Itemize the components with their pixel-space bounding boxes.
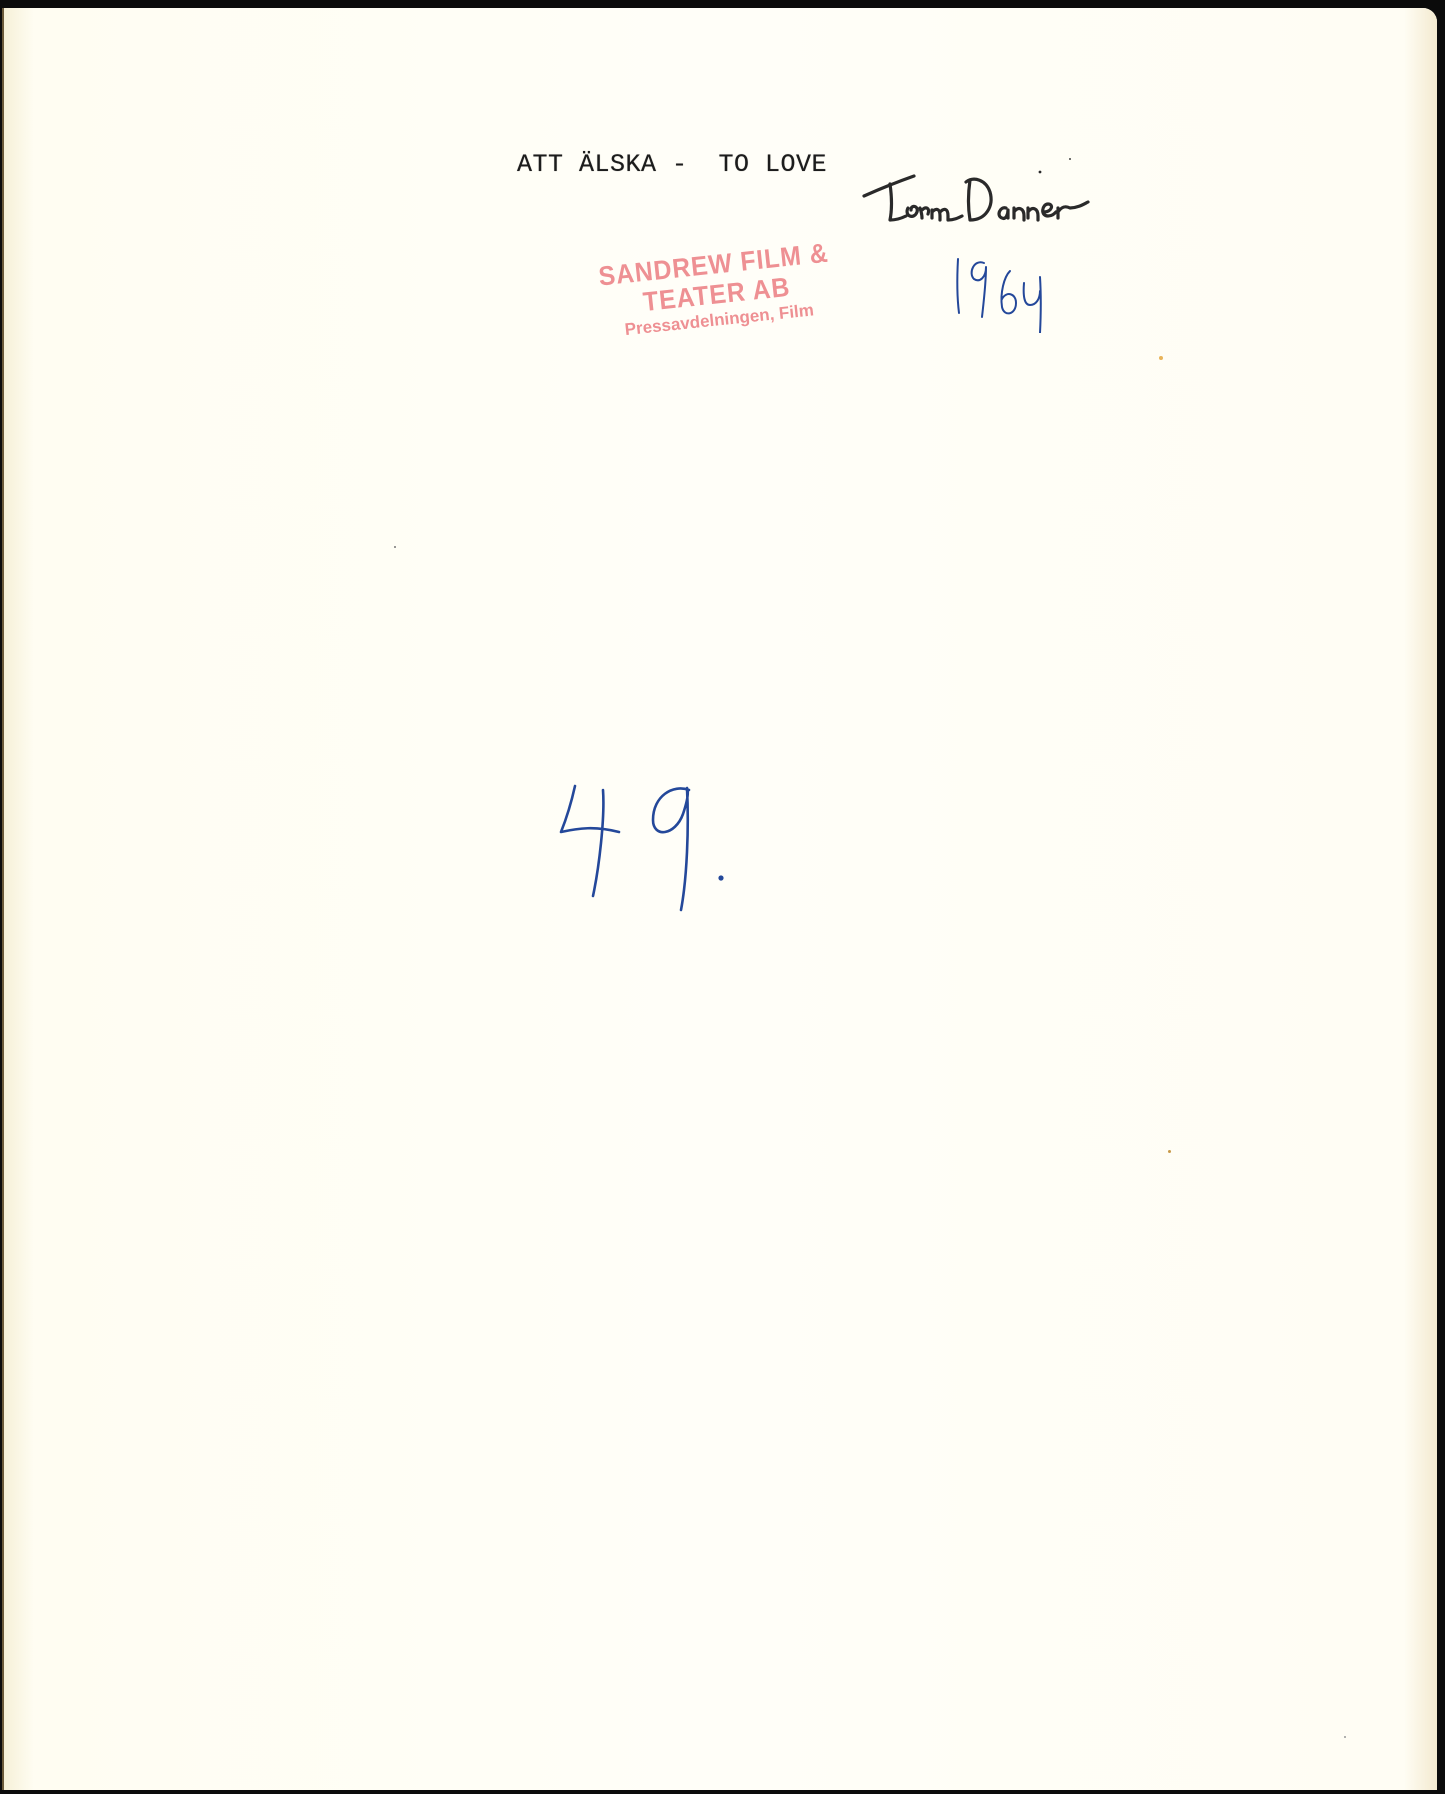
company-stamp: SANDREW FILM & TEATER AB Pressavdelninge… xyxy=(528,231,904,349)
photo-back-sheet: ATT ÄLSKA - TO LOVE Jörn Donner 1964 SA xyxy=(2,8,1437,1790)
paper-speck xyxy=(1344,1736,1346,1738)
handwritten-number: 49. xyxy=(559,778,759,928)
paper-speck xyxy=(1168,1150,1171,1153)
paper-speck xyxy=(1159,356,1163,360)
typed-film-title: ATT ÄLSKA - TO LOVE xyxy=(517,150,827,179)
handwritten-year: 1964 xyxy=(952,253,1052,333)
paper-speck xyxy=(1069,158,1071,160)
handwritten-director-name: Jörn Donner xyxy=(862,158,1122,228)
paper-speck xyxy=(394,546,396,548)
